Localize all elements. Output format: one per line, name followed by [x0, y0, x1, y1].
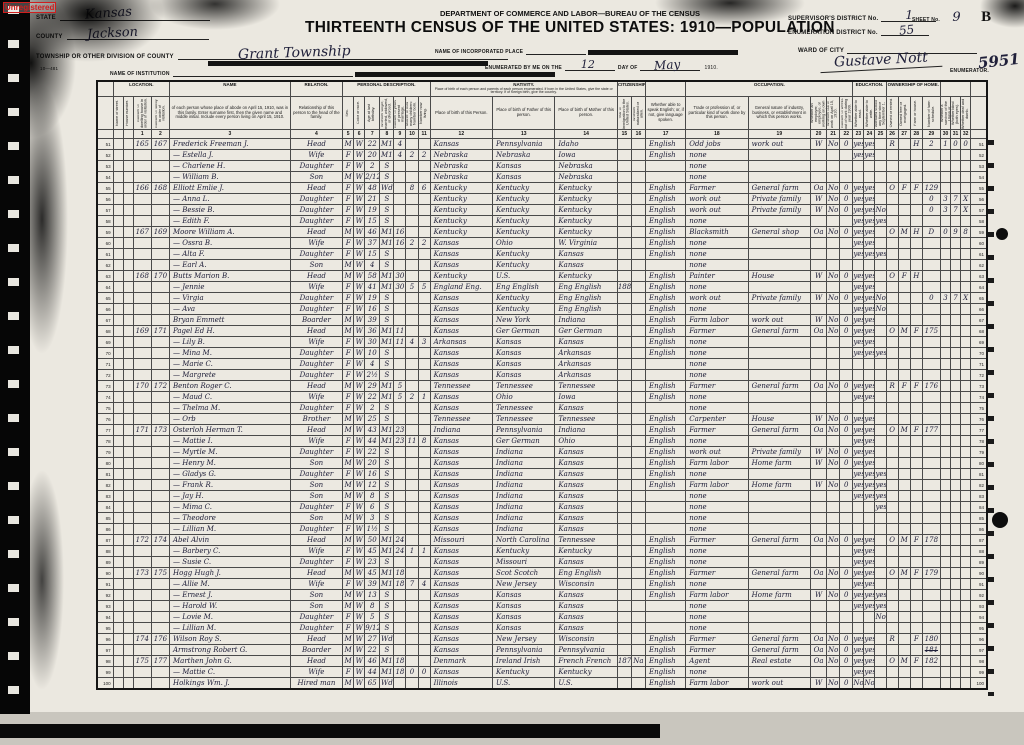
cell — [418, 414, 430, 425]
cell — [631, 469, 645, 480]
cell — [631, 227, 645, 238]
line-number: 83 — [971, 491, 987, 502]
table-row: 60— Ossra B.WifeFW37M11622KansasOhioW. V… — [97, 238, 987, 249]
cell — [748, 359, 810, 370]
cell: W — [354, 337, 365, 348]
cell — [631, 216, 645, 227]
cell: Pennsylvania — [493, 425, 555, 436]
cell — [406, 491, 418, 502]
cell: 0 — [922, 205, 940, 216]
cell: W — [811, 414, 827, 425]
cell — [406, 370, 418, 381]
cell: 0 — [840, 414, 853, 425]
cell — [875, 678, 886, 690]
cell: — Jennie — [169, 282, 290, 293]
table-row: 64— JennieWifeFW41M13055England Eng.Eng … — [97, 282, 987, 293]
cell: 11 — [394, 337, 406, 348]
cell — [394, 513, 406, 524]
cell — [951, 425, 961, 436]
cell: S — [380, 205, 394, 216]
cell: yes — [853, 447, 864, 458]
line-number: 89 — [971, 557, 987, 568]
cell: English — [646, 425, 686, 436]
cell — [951, 469, 961, 480]
enumeration-district-label: ENUMERATION DISTRICT No. — [788, 30, 878, 36]
column-group — [646, 81, 686, 97]
cell: Son — [290, 172, 342, 183]
line-number: 64 — [97, 282, 113, 293]
cell — [394, 601, 406, 612]
cell — [886, 513, 898, 524]
cell — [631, 579, 645, 590]
cell: General farm — [748, 634, 810, 645]
cell: yes — [853, 139, 864, 150]
cell: M1 — [380, 667, 394, 678]
cell — [133, 150, 151, 161]
cell: Odd jobs — [686, 139, 748, 150]
line-number: 92 — [97, 590, 113, 601]
cell — [113, 271, 123, 282]
cell — [631, 260, 645, 271]
cell: Ger German — [493, 436, 555, 447]
cell: yes — [853, 458, 864, 469]
cell: 2 — [365, 403, 380, 414]
cell — [875, 557, 886, 568]
cell — [748, 304, 810, 315]
cell: S — [380, 447, 394, 458]
cell — [123, 436, 133, 447]
cell — [827, 546, 840, 557]
cell — [898, 612, 910, 623]
cell — [617, 513, 631, 524]
table-row: 82— Frank R.SonMW12SKansasIndianaKansasE… — [97, 480, 987, 491]
cell: M — [343, 491, 354, 502]
cell: 173 — [151, 425, 169, 436]
table-row: 59167169Moore William A.HeadMW46M116Kent… — [97, 227, 987, 238]
cell: Eng English — [555, 304, 617, 315]
cell — [951, 678, 961, 690]
cell — [133, 623, 151, 634]
cell: Kansas — [493, 359, 555, 370]
cell — [113, 568, 123, 579]
cell — [864, 623, 875, 634]
column-number: 4 — [290, 130, 342, 139]
cell — [910, 491, 922, 502]
cell: Farm labor — [686, 678, 748, 690]
cell — [811, 260, 827, 271]
cell: W — [811, 293, 827, 304]
cell: — Myrtle M. — [169, 447, 290, 458]
cell — [827, 161, 840, 172]
cell: 3 — [365, 513, 380, 524]
cell: 0 — [840, 458, 853, 469]
cell: F — [898, 183, 910, 194]
column-number: 13 — [493, 130, 555, 139]
cell: M1 — [380, 392, 394, 403]
table-row: 88— Barbery C.WifeFW45M12411KansasKentuc… — [97, 546, 987, 557]
cell — [886, 282, 898, 293]
cell: W — [354, 513, 365, 524]
line-number: 85 — [97, 513, 113, 524]
cell — [940, 183, 950, 194]
cell: Indiana — [493, 513, 555, 524]
line-number: 99 — [97, 667, 113, 678]
cell: F — [343, 150, 354, 161]
cell — [617, 150, 631, 161]
cell: W — [354, 249, 365, 260]
cell: Iowa — [555, 392, 617, 403]
cell: 2 — [418, 238, 430, 249]
cell — [406, 513, 418, 524]
cell — [113, 469, 123, 480]
cell: Oa — [811, 425, 827, 436]
cell: yes — [875, 601, 886, 612]
line-number: 72 — [97, 370, 113, 381]
table-row: 67Bryan EmmettBoarderMW39SKansasNew York… — [97, 315, 987, 326]
column-description: Mother of how many children: Number born… — [406, 97, 418, 130]
line-number: 86 — [97, 524, 113, 535]
cell: English — [646, 546, 686, 557]
cell: Tennessee — [493, 403, 555, 414]
cell: none — [686, 216, 748, 227]
cell: W — [354, 161, 365, 172]
cell: Home farm — [748, 480, 810, 491]
cell: New Jersey — [493, 579, 555, 590]
column-description: Whether blind (both eyes). — [951, 97, 961, 130]
cell: Farmer — [686, 326, 748, 337]
line-number: 93 — [97, 601, 113, 612]
cell: Kansas — [430, 645, 492, 656]
institution-label: NAME OF INSTITUTION — [110, 71, 170, 77]
cell — [418, 172, 430, 183]
cell: 36 — [365, 326, 380, 337]
cell — [922, 524, 940, 535]
cell: 18 — [394, 667, 406, 678]
cell — [875, 513, 886, 524]
cell: English — [646, 469, 686, 480]
cell — [617, 260, 631, 271]
cell — [827, 557, 840, 568]
cell — [151, 194, 169, 205]
cell: 16 — [394, 238, 406, 249]
line-number: 82 — [971, 480, 987, 491]
cell: none — [686, 172, 748, 183]
line-number: 52 — [971, 150, 987, 161]
cell — [811, 491, 827, 502]
cell: W — [354, 491, 365, 502]
cell — [123, 469, 133, 480]
column-group: OWNERSHIP OF HOME. — [886, 81, 940, 97]
cell — [886, 161, 898, 172]
cell — [910, 392, 922, 403]
cell — [133, 436, 151, 447]
cell — [811, 546, 827, 557]
cell: F — [343, 293, 354, 304]
cell — [961, 260, 971, 271]
cell — [840, 216, 853, 227]
cell — [151, 524, 169, 535]
cell — [940, 249, 950, 260]
cell: Kansas — [555, 480, 617, 491]
cell — [418, 480, 430, 491]
cell — [827, 348, 840, 359]
cell — [123, 601, 133, 612]
cell — [113, 216, 123, 227]
cell: Kansas — [430, 238, 492, 249]
cell — [922, 271, 940, 282]
cell: F — [343, 161, 354, 172]
cell: none — [686, 348, 748, 359]
cell — [113, 425, 123, 436]
table-row: 66— AvaDaughterFW16SKansasKentuckyEng En… — [97, 304, 987, 315]
cell — [631, 590, 645, 601]
cell — [951, 623, 961, 634]
cell — [898, 579, 910, 590]
cell — [840, 304, 853, 315]
cell — [875, 524, 886, 535]
cell: S — [380, 469, 394, 480]
cell: Kansas — [555, 491, 617, 502]
cell: S — [380, 590, 394, 601]
cell — [113, 480, 123, 491]
cell: Kansas — [555, 337, 617, 348]
cell — [875, 227, 886, 238]
table-row: 61— Alta F.DaughterFW15SKansasKentuckyKa… — [97, 249, 987, 260]
cell — [940, 414, 950, 425]
cell — [840, 601, 853, 612]
cell: none — [686, 359, 748, 370]
cell — [898, 260, 910, 271]
cell: — Mattie I. — [169, 436, 290, 447]
cell: No — [864, 678, 875, 690]
column-number: 25 — [875, 130, 886, 139]
cell — [151, 645, 169, 656]
cell: none — [686, 623, 748, 634]
cell: 7 — [951, 194, 961, 205]
cell: none — [686, 502, 748, 513]
cell: English — [646, 645, 686, 656]
cell: 181 — [922, 645, 940, 656]
cell — [840, 502, 853, 513]
cell — [394, 315, 406, 326]
cell — [840, 579, 853, 590]
cell: Kentucky — [493, 260, 555, 271]
line-number: 87 — [971, 535, 987, 546]
cell — [617, 579, 631, 590]
cell: Kansas — [555, 590, 617, 601]
cell — [898, 293, 910, 304]
cell — [123, 568, 133, 579]
column-description: Color or race. — [354, 97, 365, 130]
line-number: 68 — [971, 326, 987, 337]
cell: 0 — [840, 656, 853, 667]
cell — [406, 381, 418, 392]
cell: none — [686, 579, 748, 590]
column-group: RELATION. — [290, 81, 342, 97]
cell: W — [354, 502, 365, 513]
cell — [898, 139, 910, 150]
cell: M — [343, 678, 354, 690]
cell — [922, 447, 940, 458]
cell: W — [354, 601, 365, 612]
cell: 4 — [394, 139, 406, 150]
cell: W — [354, 524, 365, 535]
cell: O — [886, 183, 898, 194]
cell — [811, 524, 827, 535]
column-description — [971, 97, 987, 130]
cell: Kentucky — [555, 667, 617, 678]
cell: Nebraska — [430, 150, 492, 161]
cell: W — [811, 139, 827, 150]
table-row: 71— Marie C.DaughterFW4SKansasKansasArka… — [97, 359, 987, 370]
cell: 0 — [840, 326, 853, 337]
cell — [394, 370, 406, 381]
line-number: 75 — [97, 403, 113, 414]
cell: Private family — [748, 293, 810, 304]
cell: M1 — [380, 579, 394, 590]
cell: 9/12 — [365, 623, 380, 634]
cell — [113, 249, 123, 260]
cell: W — [354, 238, 365, 249]
cell — [886, 249, 898, 260]
cell: yes — [853, 590, 864, 601]
cell: M1 — [380, 436, 394, 447]
cell — [631, 480, 645, 491]
cell — [940, 656, 950, 667]
microfilm-edge — [0, 0, 30, 714]
cell: Kansas — [493, 370, 555, 381]
cell — [748, 513, 810, 524]
cell — [113, 260, 123, 271]
enumerated-month: May — [654, 57, 681, 73]
cell: English — [646, 304, 686, 315]
cell — [617, 601, 631, 612]
cell: 174 — [151, 535, 169, 546]
column-number: 31 — [951, 130, 961, 139]
cell — [951, 348, 961, 359]
cell: 29 — [365, 381, 380, 392]
column-group-row: LOCATION.NAMERELATION.PERSONAL DESCRIPTI… — [97, 81, 987, 97]
cell — [151, 150, 169, 161]
cell — [951, 458, 961, 469]
cell — [898, 436, 910, 447]
table-row: 77171173Osterloh Herman T.HeadMW43M123In… — [97, 425, 987, 436]
cell: yes — [875, 480, 886, 491]
line-number: 59 — [971, 227, 987, 238]
cell — [113, 447, 123, 458]
cell — [123, 612, 133, 623]
cell — [113, 194, 123, 205]
cell — [961, 425, 971, 436]
cell — [113, 150, 123, 161]
cell — [811, 337, 827, 348]
cell — [961, 359, 971, 370]
cell: W — [354, 458, 365, 469]
cell — [910, 480, 922, 491]
cell — [133, 205, 151, 216]
cell — [113, 546, 123, 557]
cell — [922, 458, 940, 469]
column-group: NATIVITY.Place of birth of each person a… — [430, 81, 617, 97]
cell — [123, 678, 133, 690]
cell — [748, 557, 810, 568]
cell: English — [646, 590, 686, 601]
cell: 0 — [840, 205, 853, 216]
cell: England Eng. — [430, 282, 492, 293]
cell — [940, 150, 950, 161]
cell — [961, 656, 971, 667]
cell: — Lily B. — [169, 337, 290, 348]
cell — [151, 667, 169, 678]
cell — [886, 546, 898, 557]
cell: 171 — [151, 326, 169, 337]
cell: 11 — [406, 436, 418, 447]
cell — [940, 645, 950, 656]
watermark: Unregistered — [3, 2, 56, 13]
cell: S — [380, 414, 394, 425]
cell: 0 — [840, 139, 853, 150]
cell — [864, 161, 875, 172]
punch-dot — [992, 512, 1008, 528]
cell — [617, 557, 631, 568]
cell — [940, 667, 950, 678]
cell: Iowa — [555, 150, 617, 161]
cell: Indiana — [493, 502, 555, 513]
cell — [898, 337, 910, 348]
cell — [151, 216, 169, 227]
cell: yes — [853, 480, 864, 491]
cell — [151, 205, 169, 216]
cell — [961, 348, 971, 359]
table-row: 93— Harold W.SonMW8SKansasKansasKansasno… — [97, 601, 987, 612]
cell — [151, 359, 169, 370]
column-number: 7 — [365, 130, 380, 139]
cell — [631, 172, 645, 183]
line-number: 96 — [97, 634, 113, 645]
cell: 45 — [365, 546, 380, 557]
cell: Abel Alvin — [169, 535, 290, 546]
cell: 22 — [365, 392, 380, 403]
cell: W — [354, 205, 365, 216]
cell: 8 — [365, 491, 380, 502]
cell: M1 — [380, 568, 394, 579]
column-description: Relationship of this person to the head … — [290, 97, 342, 130]
cell — [922, 348, 940, 359]
cell — [910, 601, 922, 612]
cell: 30 — [394, 282, 406, 293]
cell — [875, 579, 886, 590]
cell: — Alta F. — [169, 249, 290, 260]
cell — [864, 370, 875, 381]
cell: W — [354, 557, 365, 568]
cell: yes — [875, 216, 886, 227]
cell: Kansas — [430, 667, 492, 678]
cell: W — [811, 447, 827, 458]
cell — [898, 249, 910, 260]
cell: S — [380, 216, 394, 227]
cell — [631, 425, 645, 436]
column-description: Trade or profession of, or particular ki… — [686, 97, 748, 130]
cell — [617, 293, 631, 304]
line-number: 74 — [97, 392, 113, 403]
cell — [922, 623, 940, 634]
cell — [922, 546, 940, 557]
column-description: Place of birth of Mother of this person. — [555, 97, 617, 130]
cell — [406, 502, 418, 513]
cell — [875, 172, 886, 183]
cell — [875, 667, 886, 678]
cell: Oa — [811, 183, 827, 194]
